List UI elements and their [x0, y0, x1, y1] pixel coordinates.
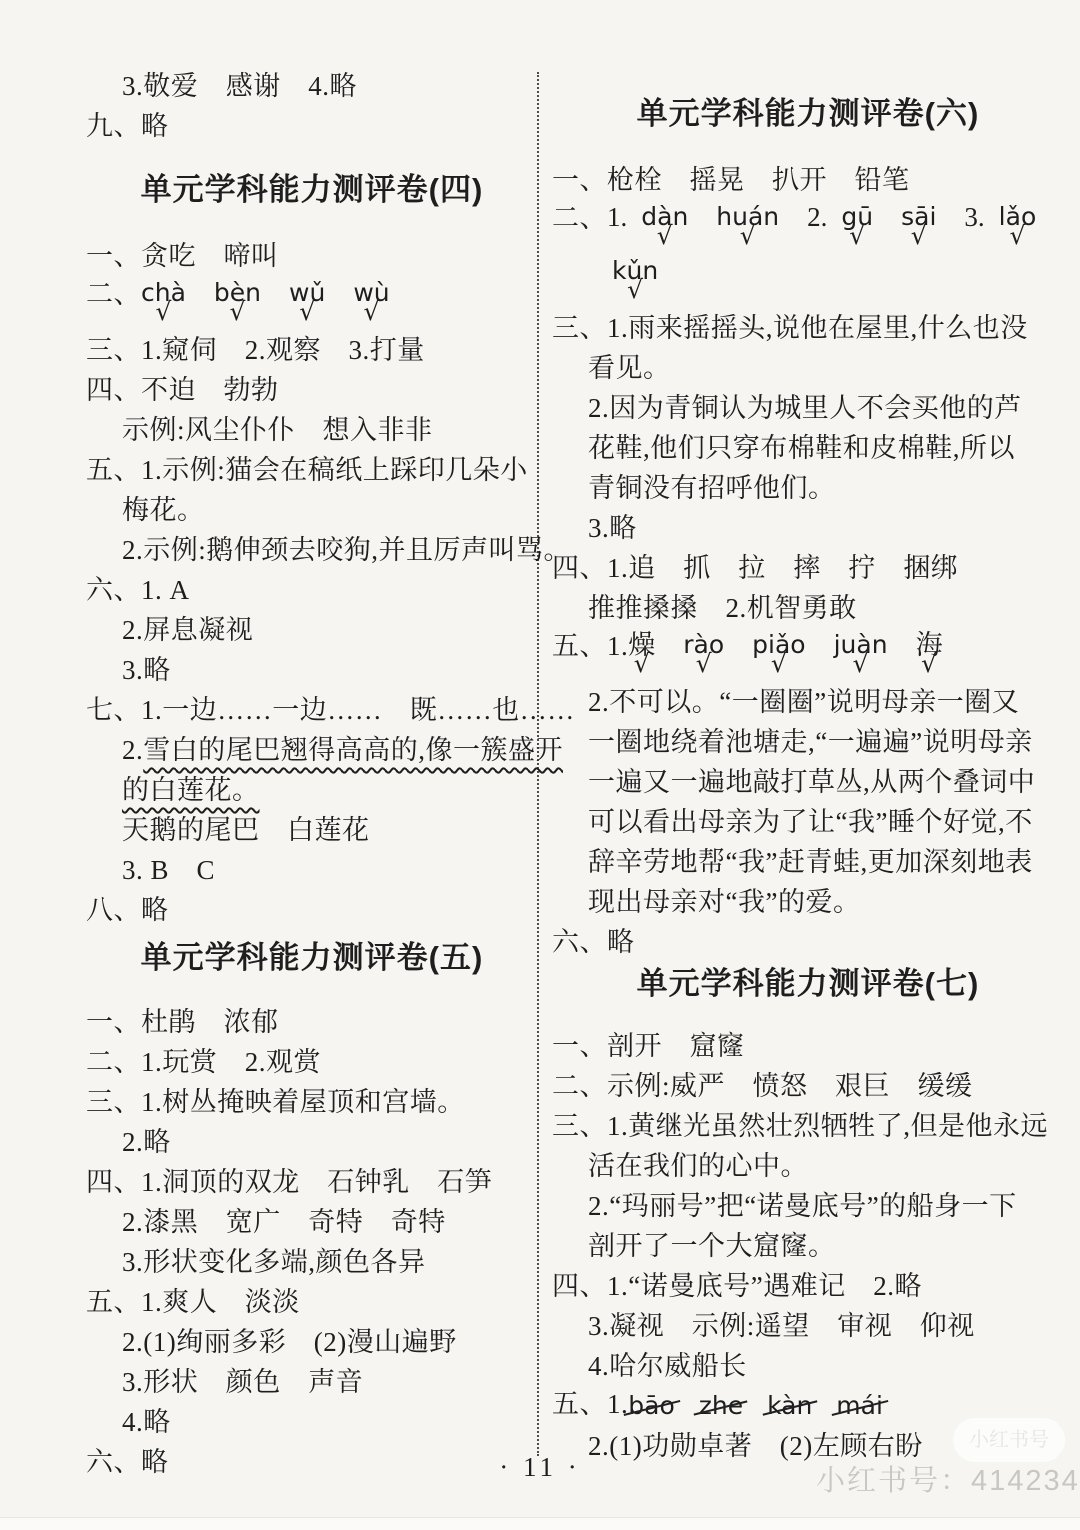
- pinyin-answer-line: 二、chà√bèn√wǔ√wù√: [86, 276, 538, 330]
- answer-line: 九、略: [86, 106, 538, 146]
- watermark-pill: 小红书号: [953, 1418, 1065, 1462]
- section-heading-four: 单元学科能力测评卷(四): [86, 168, 538, 212]
- answer-line: 八、略: [86, 890, 538, 930]
- item-number: 3.: [964, 200, 984, 248]
- pinyin-word: dàn√: [641, 200, 688, 248]
- right-column: 单元学科能力测评卷(六)一、枪栓 摇晃 扒开 铅笔二、1. dàn√huán√2…: [552, 0, 1064, 1466]
- answer-line: 一、枪栓 摇晃 扒开 铅笔: [552, 160, 1064, 200]
- answer-line: 2.因为青铜认为城里人不会买他的芦: [552, 388, 1064, 428]
- pinyin-answer-line: 五、1.燥√rào√piǎo√juàn√海√: [552, 628, 1064, 682]
- answer-line: 一、贪吃 啼叫: [86, 236, 538, 276]
- answer-line: 3.敬爱 感谢 4.略: [86, 66, 538, 106]
- answer-line: 3.略: [86, 650, 538, 690]
- pinyin-word: wù√: [353, 276, 389, 324]
- answer-line: 五、1.示例:猫会在稿纸上踩印几朵小: [86, 450, 538, 490]
- pinyin-word: sāi√: [901, 200, 936, 248]
- watermark-account-id: 小红书号：414234051: [816, 1458, 1080, 1499]
- answer-line: 3.形状 颜色 声音: [86, 1362, 538, 1402]
- answer-line: 四、1.追 抓 拉 摔 拧 捆绑: [552, 548, 1064, 588]
- answer-line: 六、略: [552, 922, 1064, 962]
- pinyin-answer-line: kǔn√: [552, 254, 1064, 308]
- section-heading-seven: 单元学科能力测评卷(七): [552, 962, 1064, 1006]
- pinyin-word: 海√: [916, 628, 943, 676]
- wavy-underlined-text: 雪白的尾巴翘得高高的,像一簇盛开: [143, 735, 563, 765]
- answer-line: 推推搡搡 2.机智勇敢: [552, 588, 1064, 628]
- answer-line: 2.屏息凝视: [86, 610, 538, 650]
- answer-line: 一圈地绕着池塘走,“一遍遍”说明母亲: [552, 722, 1064, 762]
- pinyin-word: wǔ√: [289, 276, 325, 324]
- answer-line: 辞辛劳地帮“我”赶青蛙,更加深刻地表: [552, 842, 1064, 882]
- wavy-underlined-text: 的白莲花。: [122, 775, 260, 805]
- answer-line: 示例:风尘仆仆 想入非非: [86, 410, 538, 450]
- answer-line: 3.形状变化多端,颜色各异: [86, 1242, 538, 1282]
- pinyin-word: rào√: [683, 628, 724, 676]
- section-heading-five: 单元学科能力测评卷(五): [86, 936, 538, 980]
- pinyin-word: chà√: [141, 276, 186, 324]
- left-column: 3.敬爱 感谢 4.略九、略单元学科能力测评卷(四)一、贪吃 啼叫二、chà√b…: [86, 0, 538, 1482]
- answer-line: 三、1.黄继光虽然壮烈牺牲了,但是他永远: [552, 1106, 1064, 1146]
- item-prefix: 五、1.: [552, 1386, 628, 1422]
- answer-line: 花鞋,他们只穿布棉鞋和皮棉鞋,所以: [552, 428, 1064, 468]
- answer-line: 三、1.雨来摇摇头,说他在屋里,什么也没: [552, 308, 1064, 348]
- pinyin-word: lǎo√: [999, 200, 1037, 248]
- crossed-out-pinyin-word: mái: [836, 1386, 883, 1426]
- answer-line: 六、1. A: [86, 570, 538, 610]
- crossed-out-pinyin-word: kàn: [767, 1386, 812, 1426]
- item-prefix: 二、: [552, 200, 607, 236]
- answer-line: 2.略: [86, 1122, 538, 1162]
- answer-line: 五、1.爽人 淡淡: [86, 1282, 538, 1322]
- answer-text: 2.: [122, 735, 143, 765]
- answer-line: 三、1.窥伺 2.观察 3.打量: [86, 330, 538, 370]
- answer-line: 青铜没有招呼他们。: [552, 468, 1064, 508]
- answer-line: 梅花。: [86, 490, 538, 530]
- answer-line: 二、1.玩赏 2.观赏: [86, 1042, 538, 1082]
- answer-line: 可以看出母亲为了让“我”睡个好觉,不: [552, 802, 1064, 842]
- pinyin-answer-line: 二、1. dàn√huán√2. gū√sāi√3. lǎo√: [552, 200, 1064, 254]
- pinyin-word: 燥√: [628, 628, 655, 676]
- crossed-out-pinyin-word: bāo: [628, 1386, 674, 1426]
- answer-line: 2.(1)绚丽多彩 (2)漫山遍野: [86, 1322, 538, 1362]
- item-prefix: 五、1.: [552, 628, 628, 664]
- answer-line: 一遍又一遍地敲打草丛,从两个叠词中: [552, 762, 1064, 802]
- answer-line: 二、示例:威严 愤怒 艰巨 缓缓: [552, 1066, 1064, 1106]
- answer-line: 的白莲花。: [86, 770, 538, 810]
- answer-line: 2.漆黑 宽广 奇特 奇特: [86, 1202, 538, 1242]
- answer-line: 剖开了一个大窟窿。: [552, 1226, 1064, 1266]
- answer-line: 七、1.一边……一边…… 既……也……: [86, 690, 538, 730]
- answer-line: 2.“玛丽号”把“诺曼底号”的船身一下: [552, 1186, 1064, 1226]
- crossed-out-pinyin-word: zhe: [699, 1386, 743, 1426]
- answer-line: 现出母亲对“我”的爱。: [552, 882, 1064, 922]
- item-number: 2.: [807, 200, 827, 248]
- answer-line: 活在我们的心中。: [552, 1146, 1064, 1186]
- answer-key-page: 3.敬爱 感谢 4.略九、略单元学科能力测评卷(四)一、贪吃 啼叫二、chà√b…: [0, 0, 1080, 1530]
- answer-line: 3.凝视 示例:遥望 审视 仰视: [552, 1306, 1064, 1346]
- item-prefix: 二、: [86, 276, 141, 312]
- answer-line: 四、1.“诺曼底号”遇难记 2.略: [552, 1266, 1064, 1306]
- answer-line: 一、杜鹃 浓郁: [86, 1002, 538, 1042]
- pinyin-word: piǎo√: [752, 628, 805, 676]
- pinyin-word: kǔn√: [612, 254, 658, 302]
- pinyin-word: gū√: [841, 200, 873, 248]
- pinyin-word: bèn√: [214, 276, 261, 324]
- answer-line: 2.示例:鹅伸颈去咬狗,并且厉声叫骂。: [86, 530, 538, 570]
- answer-line: 四、不迫 勃勃: [86, 370, 538, 410]
- answer-line: 3. B C: [86, 850, 538, 890]
- pinyin-word: huán√: [716, 200, 779, 248]
- answer-line: 4.哈尔威船长: [552, 1346, 1064, 1386]
- pinyin-word: juàn√: [834, 628, 888, 676]
- answer-line: 看见。: [552, 348, 1064, 388]
- answer-line: 3.略: [552, 508, 1064, 548]
- answer-line: 天鹅的尾巴 白莲花: [86, 810, 538, 850]
- answer-line: 2.雪白的尾巴翘得高高的,像一簇盛开: [86, 730, 538, 770]
- answer-line: 4.略: [86, 1402, 538, 1442]
- answer-line: 四、1.洞顶的双龙 石钟乳 石笋: [86, 1162, 538, 1202]
- answer-line: 2.不可以。“一圈圈”说明母亲一圈又: [552, 682, 1064, 722]
- section-heading-six: 单元学科能力测评卷(六): [552, 92, 1064, 136]
- answer-line: 三、1.树丛掩映着屋顶和宫墙。: [86, 1082, 538, 1122]
- item-number: 1.: [607, 200, 627, 248]
- answer-line: 一、剖开 窟窿: [552, 1026, 1064, 1066]
